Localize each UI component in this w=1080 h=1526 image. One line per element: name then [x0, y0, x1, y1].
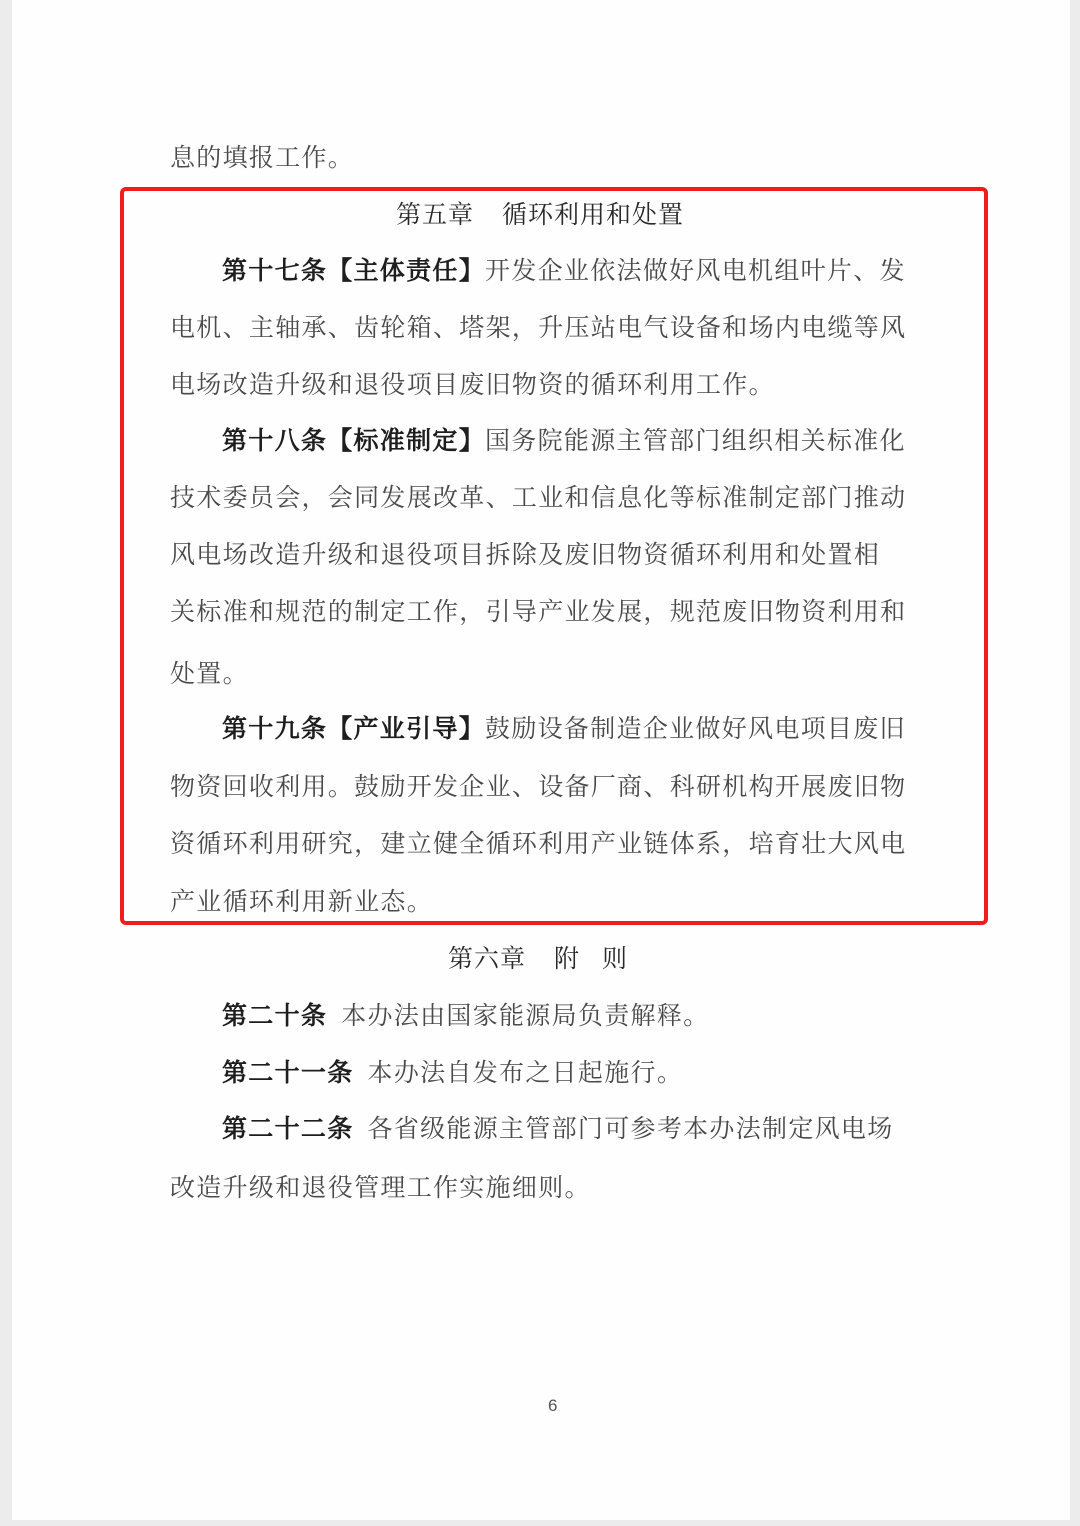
chapter6-title-part2: 则	[602, 944, 628, 973]
article-17-number: 第十七条	[222, 256, 327, 285]
article-17-text: 开发企业依法做好风电机组叶片、发	[485, 256, 906, 285]
carryover-text: 息的填报工作。	[170, 143, 354, 173]
article-17-line-3: 电场改造升级和退役项目废旧物资的循环利用工作。	[170, 370, 775, 400]
article-18-line-4: 关标准和规范的制定工作，引导产业发展，规范废旧物资利用和	[170, 597, 906, 627]
article-19-line-2: 物资回收利用。鼓励开发企业、设备厂商、科研机构开展废旧物	[170, 772, 906, 802]
article-21-text: 本办法自发布之日起施行。	[368, 1058, 684, 1087]
article-20-line-1: 第二十条本办法由国家能源局负责解释。	[222, 1001, 709, 1031]
article-21-line-1: 第二十一条本办法自发布之日起施行。	[222, 1058, 683, 1088]
chapter6-heading: 第六章附则	[448, 944, 628, 974]
article-18-number: 第十八条	[222, 426, 327, 455]
article-18-line-5: 处置。	[170, 659, 249, 689]
article-18-text: 国务院能源主管部门组织相关标准化	[485, 426, 906, 455]
article-19-line-3: 资循环利用研究，建立健全循环利用产业链体系，培育壮大风电	[170, 829, 906, 859]
chapter6-title-part1: 附	[554, 944, 580, 973]
article-18-line-2: 技术委员会，会同发展改革、工业和信息化等标准制定部门推动	[170, 483, 906, 513]
document-page: 息的填报工作。 第五章循环利用和处置 第十七条【主体责任】开发企业依法做好风电机…	[12, 0, 1070, 1520]
article-19-line-4: 产业循环利用新业态。	[170, 887, 433, 917]
article-18-tag: 【标准制定】	[327, 426, 485, 455]
article-21-number: 第二十一条	[222, 1058, 354, 1087]
chapter6-label: 第六章	[448, 944, 526, 973]
article-22-number: 第二十二条	[222, 1114, 354, 1143]
chapter5-heading: 第五章循环利用和处置	[396, 200, 684, 230]
article-17-line-2: 电机、主轴承、齿轮箱、塔架，升压站电气设备和场内电缆等风	[170, 313, 906, 343]
article-17-line-1: 第十七条【主体责任】开发企业依法做好风电机组叶片、发	[222, 256, 906, 286]
article-20-text: 本办法由国家能源局负责解释。	[341, 1001, 709, 1030]
article-22-line-2: 改造升级和退役管理工作实施细则。	[170, 1173, 591, 1203]
article-18-line-3: 风电场改造升级和退役项目拆除及废旧物资循环利用和处置相	[170, 540, 880, 570]
article-20-number: 第二十条	[222, 1001, 327, 1030]
page-number: 6	[548, 1396, 557, 1416]
chapter5-label: 第五章	[396, 200, 474, 229]
chapter5-title: 循环利用和处置	[502, 200, 684, 229]
article-22-line-1: 第二十二条各省级能源主管部门可参考本办法制定风电场	[222, 1114, 894, 1144]
article-17-tag: 【主体责任】	[327, 256, 485, 285]
article-19-number: 第十九条	[222, 714, 327, 743]
article-19-line-1: 第十九条【产业引导】鼓励设备制造企业做好风电项目废旧	[222, 714, 906, 744]
article-19-text: 鼓励设备制造企业做好风电项目废旧	[485, 714, 906, 743]
article-22-text: 各省级能源主管部门可参考本办法制定风电场	[368, 1114, 894, 1143]
article-19-tag: 【产业引导】	[327, 714, 485, 743]
article-18-line-1: 第十八条【标准制定】国务院能源主管部门组织相关标准化	[222, 426, 906, 456]
